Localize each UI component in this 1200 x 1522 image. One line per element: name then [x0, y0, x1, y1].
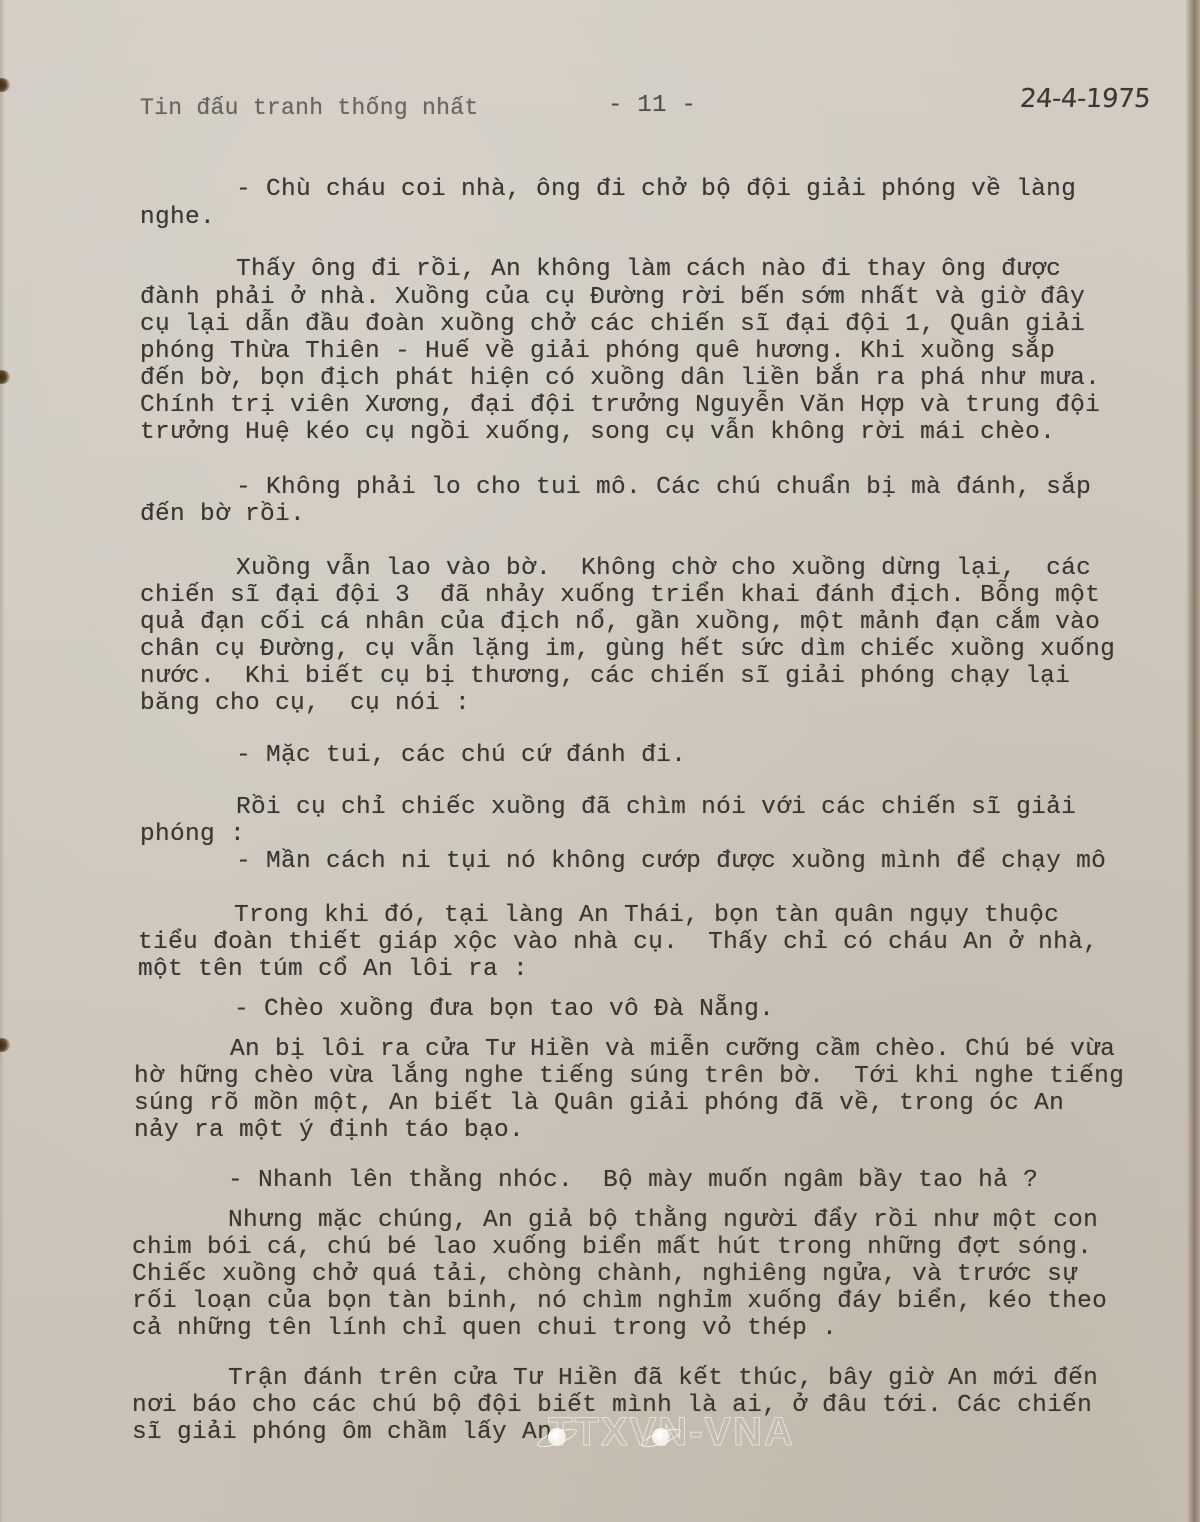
text-line: sĩ giải phóng ôm chầm lấy An.	[132, 1419, 567, 1446]
paragraph-first-line: Trận đánh trên cửa Tư Hiền đã kết thúc, …	[228, 1365, 1098, 1392]
paragraph-first-line: - Chù cháu coi nhà, ông đi chở bộ đội gi…	[236, 176, 1076, 203]
paragraph-first-line: Thấy ông đi rồi, An không làm cách nào đ…	[236, 256, 1061, 283]
text-line: Chính trị viên Xương, đại đội trưởng Ngu…	[140, 392, 1100, 419]
page-left-edge	[0, 0, 4, 1522]
text-line: phóng :	[140, 821, 245, 848]
text-line: súng rõ mồn một, An biết là Quân giải ph…	[134, 1090, 1064, 1117]
paragraph-first-line: Rồi cụ chỉ chiếc xuồng đã chìm nói với c…	[236, 794, 1076, 821]
text-line: quả đạn cối cá nhân của địch nổ, gần xuồ…	[140, 609, 1100, 636]
paragraph-first-line: - Mần cách ni tụi nó không cướp được xuồ…	[236, 848, 1106, 875]
paragraph-first-line: - Nhanh lên thằng nhóc. Bộ mày muốn ngâm…	[228, 1167, 1038, 1194]
text-line: Chiếc xuồng chở quá tải, chòng chành, ng…	[132, 1261, 1077, 1288]
text-line: chim bói cá, chú bé lao xuống biển mất h…	[132, 1234, 1092, 1261]
paragraph-first-line: - Mặc tui, các chú cứ đánh đi.	[236, 742, 686, 769]
text-line: đến bờ, bọn địch phát hiện có xuồng dân …	[140, 365, 1100, 392]
page-binding-edge	[1186, 0, 1200, 1522]
text-line: đành phải ở nhà. Xuồng của cụ Đường rời …	[140, 284, 1085, 311]
text-line: đến bờ rồi.	[140, 501, 305, 528]
text-line: chiến sĩ đại đội 3 đã nhảy xuống triển k…	[140, 582, 1100, 609]
paragraph-first-line: - Không phải lo cho tui mô. Các chú chuẩ…	[236, 474, 1091, 501]
paragraph-first-line: - Chèo xuồng đưa bọn tao vô Đà Nẵng.	[234, 996, 774, 1023]
document-date: 24-4-1975	[1019, 84, 1151, 114]
text-line: nước. Khi biết cụ bị thương, các chiến s…	[140, 663, 1070, 690]
text-line: phóng Thừa Thiên - Huế về giải phóng quê…	[140, 338, 1055, 365]
paragraph-first-line: An bị lôi ra cửa Tư Hiền và miễn cưỡng c…	[230, 1036, 1115, 1063]
text-line: trưởng Huệ kéo cụ ngồi xuống, song cụ vẫ…	[140, 419, 1055, 446]
document-page: Tin đấu tranh thống nhất - 11 - 24-4-197…	[0, 0, 1200, 1522]
page-number: - 11 -	[608, 92, 696, 119]
text-line: rối loạn của bọn tàn binh, nó chìm nghỉm…	[132, 1288, 1107, 1315]
text-line: băng cho cụ, cụ nói :	[140, 690, 470, 717]
text-line: cả những tên lính chỉ quen chui trong vỏ…	[132, 1315, 837, 1342]
agency-watermark: TTXVN-VNA	[548, 1410, 795, 1455]
text-line: chân cụ Đường, cụ vẫn lặng im, gùng hết …	[140, 636, 1115, 663]
paragraph-first-line: Xuồng vẫn lao vào bờ. Không chờ cho xuồn…	[236, 555, 1091, 582]
text-line: nghe.	[140, 204, 215, 231]
text-line: tiểu đoàn thiết giáp xộc vào nhà cụ. Thấ…	[138, 929, 1098, 956]
punch-hole-mark	[0, 78, 10, 92]
text-line: cụ lại dẫn đầu đoàn xuồng chở các chiến …	[140, 311, 1085, 338]
text-line: nảy ra một ý định táo bạo.	[134, 1117, 524, 1144]
punch-hole-mark	[0, 370, 10, 384]
paragraph-first-line: Nhưng mặc chúng, An giả bộ thằng người đ…	[228, 1207, 1098, 1234]
bulletin-title: Tin đấu tranh thống nhất	[140, 95, 478, 121]
text-line: một tên túm cổ An lôi ra :	[138, 956, 528, 983]
paragraph-first-line: Trong khi đó, tại làng An Thái, bọn tàn …	[234, 902, 1059, 929]
punch-hole-mark	[0, 1038, 10, 1052]
text-line: hờ hững chèo vừa lắng nghe tiếng súng tr…	[134, 1063, 1124, 1090]
